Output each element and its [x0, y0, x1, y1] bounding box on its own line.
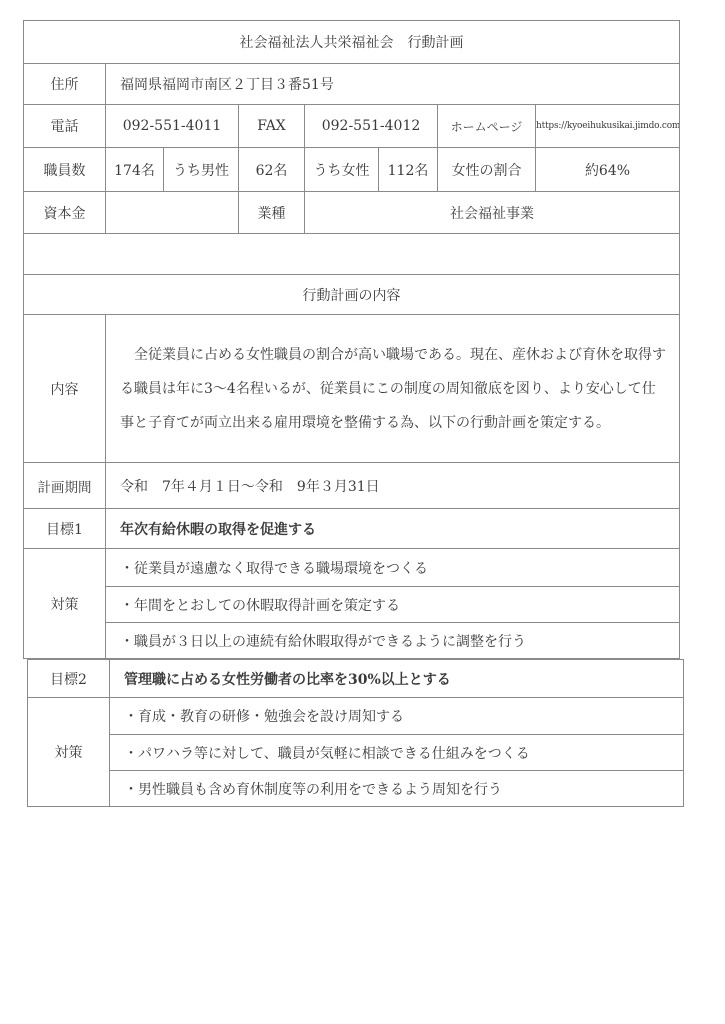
section-heading: 行動計画の内容	[24, 275, 680, 315]
male-label: うち男性	[164, 148, 239, 192]
homepage-label: ホームページ	[438, 105, 536, 148]
goal-1-text: 年次有給休暇の取得を促進する	[106, 509, 680, 549]
goal-1-label: 目標1	[24, 509, 106, 549]
period-label: 計画期間	[24, 463, 106, 509]
industry-value: 社会福祉事業	[305, 192, 680, 234]
address-value: 福岡県福岡市南区２丁目３番51号	[106, 64, 680, 105]
goal-1-measure: ・年間をとおしての休暇取得計画を策定する	[106, 587, 680, 623]
goal-2-measure: ・パワハラ等に対して、職員が気軽に相談できる仕組みをつくる	[110, 735, 684, 771]
female-count: 112名	[379, 148, 438, 192]
staff-total: 174名	[106, 148, 164, 192]
male-count: 62名	[239, 148, 305, 192]
staff-label: 職員数	[24, 148, 106, 192]
female-ratio-label: 女性の割合	[438, 148, 536, 192]
content-text: 全従業員に占める女性職員の割合が高い職場である。現在、産休および育休を取得する職…	[106, 315, 680, 463]
phone-label: 電話	[24, 105, 106, 148]
content-label: 内容	[24, 315, 106, 463]
homepage-link[interactable]: https://kyoeihukusikai.jimdo.com/	[536, 105, 680, 148]
goal-2-measure: ・男性職員も含め育休制度等の利用をできるよう周知を行う	[110, 771, 684, 807]
address-label: 住所	[24, 64, 106, 105]
goal-1-measure: ・職員が３日以上の連続有給休暇取得ができるように調整を行う	[106, 623, 680, 659]
period-value: 令和 7年４月１日～令和 9年３月31日	[106, 463, 680, 509]
phone-value: 092-551-4011	[106, 105, 239, 148]
fax-label: FAX	[239, 105, 305, 148]
content-body: 全従業員に占める女性職員の割合が高い職場である。現在、産休および育休を取得する職…	[120, 347, 666, 431]
female-label: うち女性	[305, 148, 379, 192]
goal-2-text: 管理職に占める女性労働者の比率を30%以上とする	[110, 660, 684, 698]
goal-2-measure: ・育成・教育の研修・勉強会を設け周知する	[110, 698, 684, 735]
goal-2-label: 目標2	[28, 660, 110, 698]
goal-2-table: 目標2 管理職に占める女性労働者の比率を30%以上とする 対策 ・育成・教育の研…	[27, 659, 684, 807]
goal-2-measures-label: 対策	[28, 698, 110, 807]
fax-value: 092-551-4012	[305, 105, 438, 148]
company-info-table: 社会福祉法人共栄福祉会 行動計画 住所 福岡県福岡市南区２丁目３番51号 電話 …	[23, 20, 680, 659]
goal-1-measures-label: 対策	[24, 549, 106, 659]
capital-value	[106, 192, 239, 234]
goal-1-measure: ・従業員が遠慮なく取得できる職場環境をつくる	[106, 549, 680, 587]
document-title: 社会福祉法人共栄福祉会 行動計画	[24, 21, 680, 64]
female-ratio-value: 約64%	[536, 148, 680, 192]
industry-label: 業種	[239, 192, 305, 234]
blank-row	[24, 234, 680, 275]
capital-label: 資本金	[24, 192, 106, 234]
